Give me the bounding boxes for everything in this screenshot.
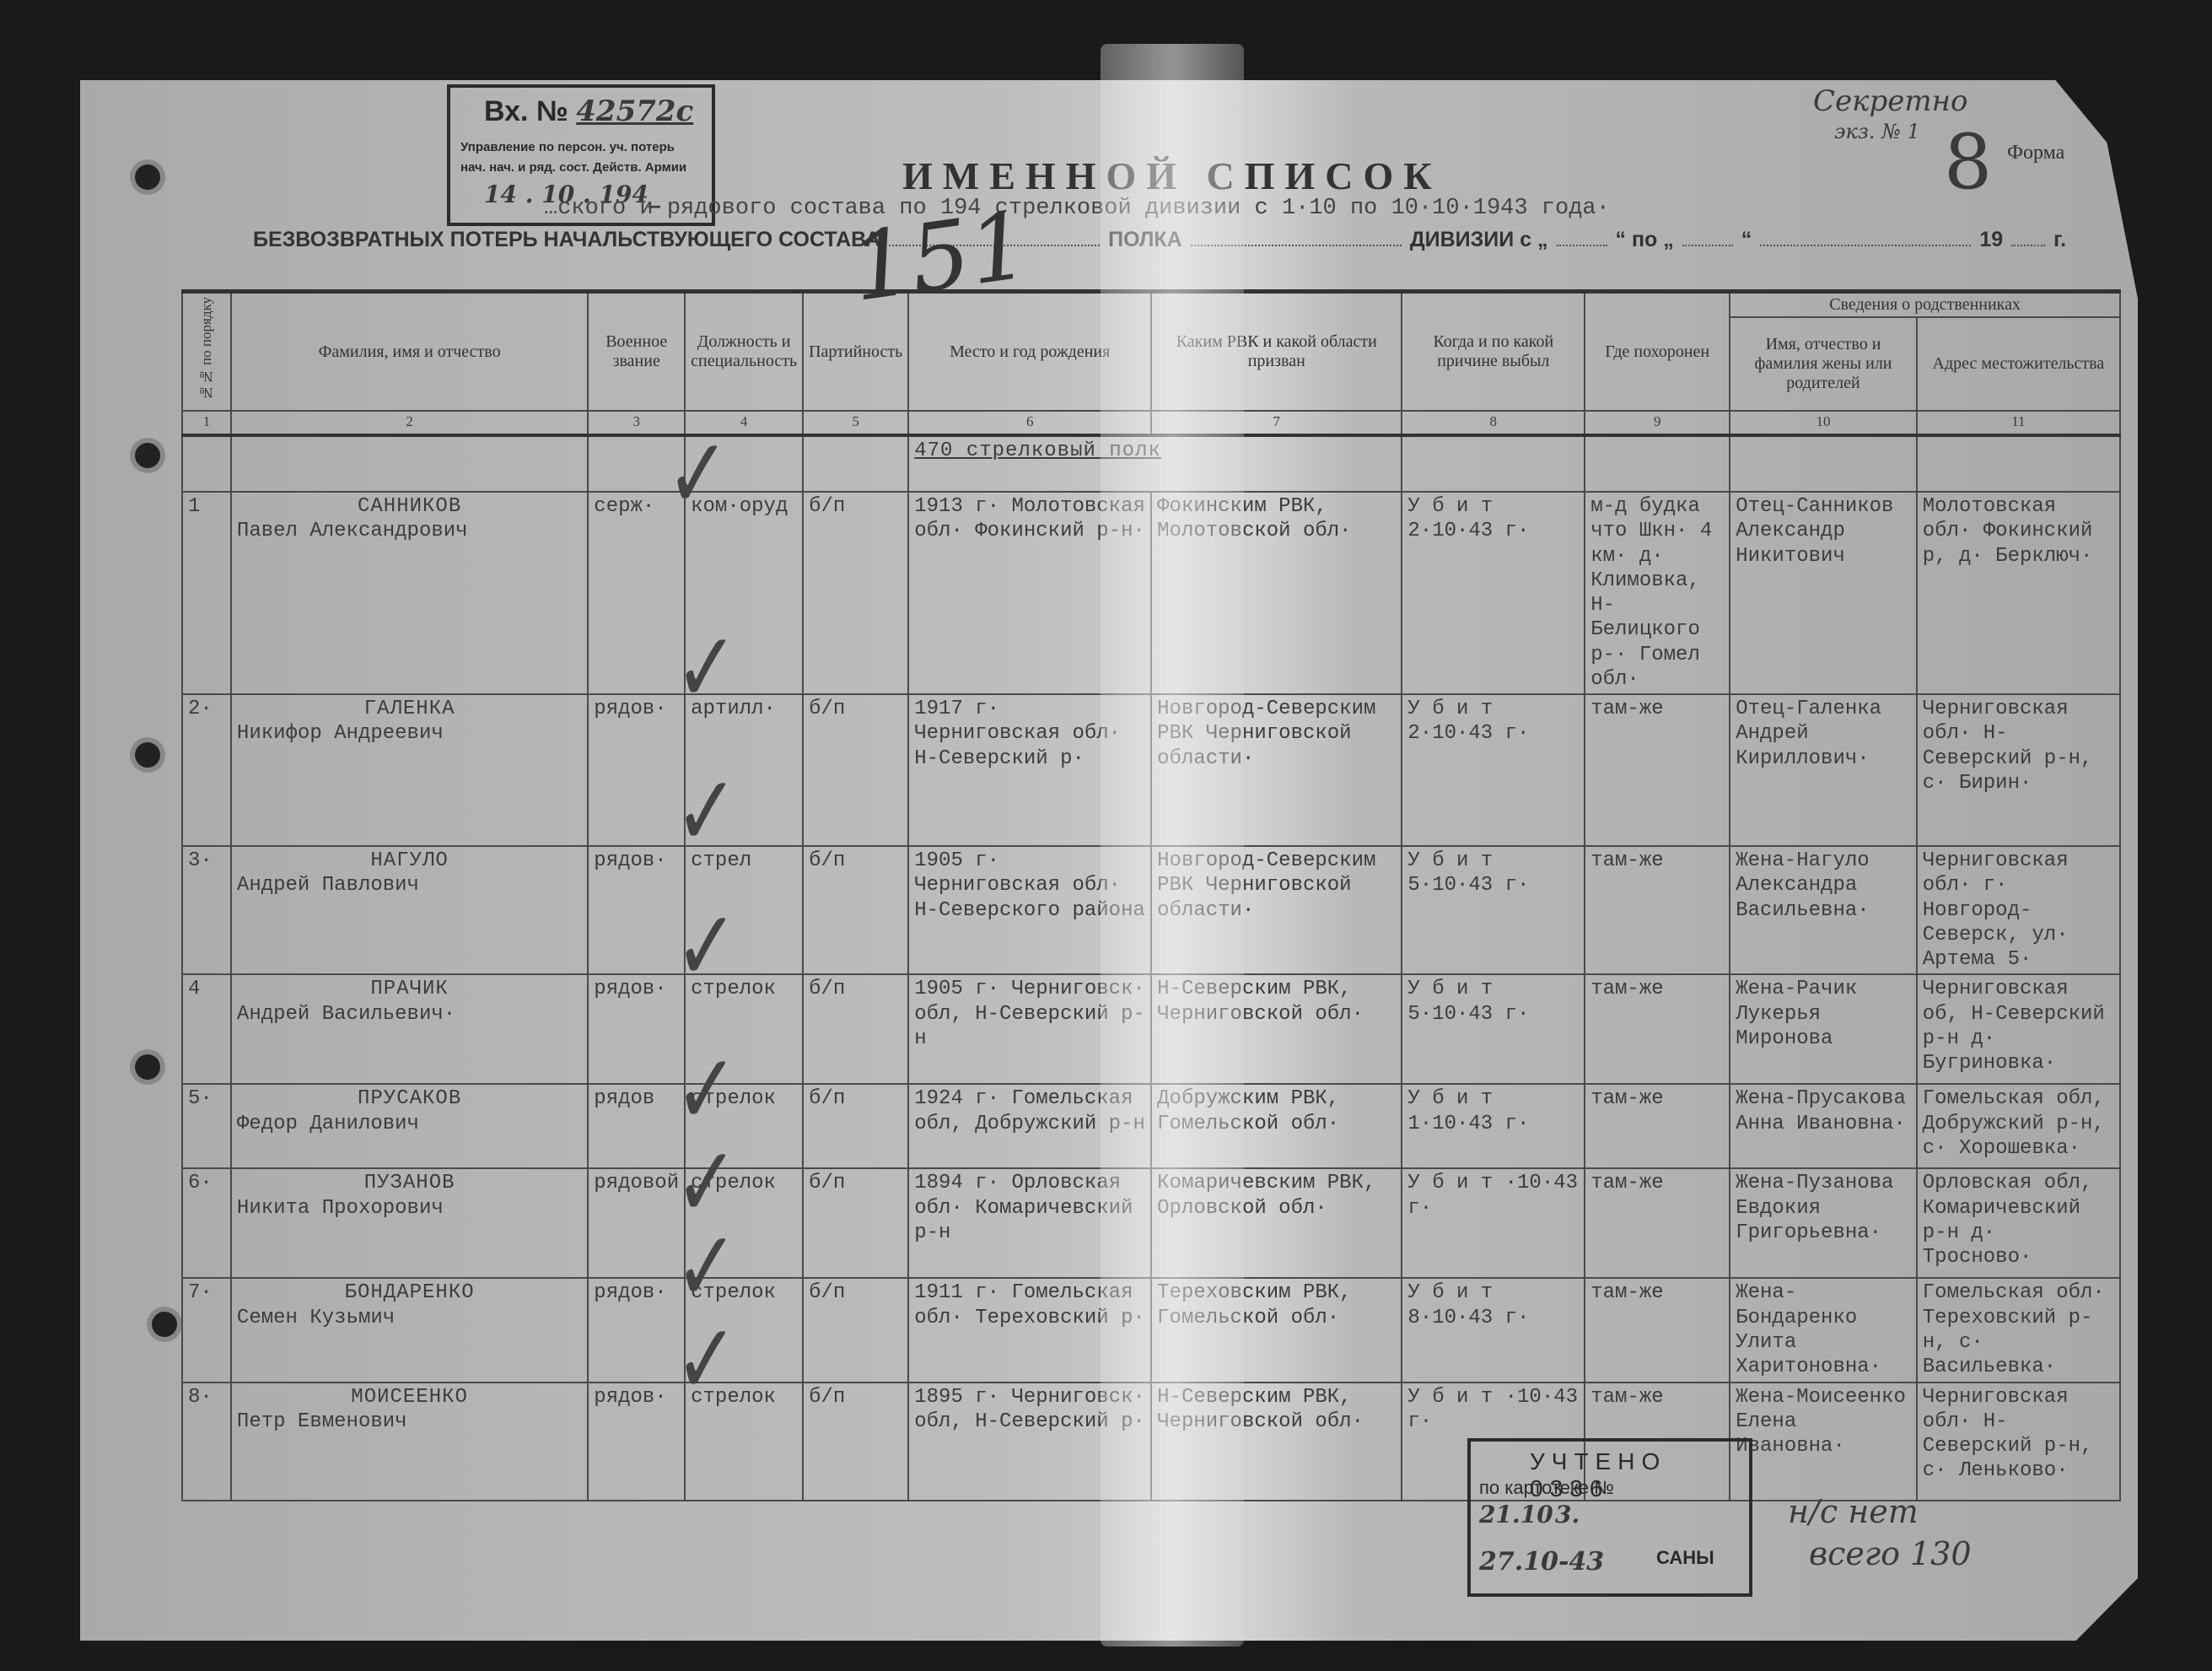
party: б/п <box>803 492 908 694</box>
soldier-name: ПРУСАКОВФедор Данилович <box>231 1084 588 1168</box>
header-when: Когда и по какой причине выбыл <box>1402 292 1585 412</box>
header-buried: Где похоронен <box>1585 292 1730 412</box>
address: Черниговская обл· Н-Северский р-н, с· Ле… <box>1917 1383 2120 1501</box>
header-relatives-group: Сведения о родственниках <box>1730 292 2120 318</box>
party: б/п <box>803 1084 908 1168</box>
incoming-stamp-line1: Управление по персон. уч. потерь <box>460 140 675 154</box>
subtitle-division: ДИВИЗИИ с „ <box>1410 228 1548 252</box>
date-from-blank <box>1557 229 1607 246</box>
relative: Жена-Пузанова Евдокия Григорьевна· <box>1730 1168 1917 1278</box>
burial-place: там-же <box>1585 1278 1730 1382</box>
party: б/п <box>803 1168 908 1278</box>
when-cause: У б и т 5·10·43 г· <box>1402 974 1585 1084</box>
when-cause: У б и т ·10·43 г· <box>1402 1168 1585 1278</box>
copy-note: экз. № 1 <box>1834 120 1920 143</box>
header-rank: Военное звание <box>588 292 685 412</box>
burial-place: там-же <box>1585 1168 1730 1278</box>
address: Орловская обл, Комаричевский р-н д· Трос… <box>1917 1168 2120 1278</box>
party: б/п <box>803 1278 908 1382</box>
when-cause: У б и т 2·10·43 г· <box>1402 492 1585 694</box>
when-cause: У б и т 2·10·43 г· <box>1402 694 1585 846</box>
row-number: 7· <box>182 1278 231 1382</box>
header-party: Партийность <box>803 292 908 412</box>
burial-place: там-же <box>1585 846 1730 974</box>
party: б/п <box>803 846 908 974</box>
subtitle-to: “ по „ <box>1616 228 1674 252</box>
registered-stamp-date: 27.10-43 <box>1479 1547 1604 1577</box>
punch-hole <box>135 164 160 190</box>
rank: рядов· <box>588 974 685 1084</box>
registered-stamp-value1: 21.10 <box>1479 1501 1553 1528</box>
burial-place: там-же <box>1585 974 1730 1084</box>
soldier-name: БОНДАРЕНКОСемен Кузьмич <box>231 1278 588 1382</box>
page-number: 8 <box>1944 118 1992 207</box>
relative: Отец-Галенка Андрей Кириллович· <box>1730 694 1917 846</box>
row-number: 2· <box>182 694 231 846</box>
address: Гомельская обл, Добружский р-н, с· Хорош… <box>1917 1084 2120 1168</box>
address: Молотовская обл· Фокинский р, д· Берключ… <box>1917 492 2120 694</box>
check-mark-icon: ✓ <box>675 754 738 870</box>
party: б/п <box>803 1383 908 1501</box>
party: б/п <box>803 694 908 846</box>
year-blank <box>2011 229 2045 246</box>
relative: Жена-Бондаренко Улита Харитоновна· <box>1730 1278 1917 1382</box>
burial-place: м-д будка что Шкн· 4 км· д· Климовка, Н-… <box>1585 492 1730 694</box>
address: Черниговская обл· Н-Северский р-н, с· Би… <box>1917 694 2120 846</box>
rank: рядовой <box>588 1168 685 1278</box>
incoming-number-label: Вх. № <box>484 95 568 127</box>
subtitle-quote: “ <box>1741 228 1752 252</box>
incoming-stamp-line2: нач. нач. и ряд. сост. Действ. Армии <box>460 160 686 175</box>
rank: рядов· <box>588 1278 685 1382</box>
relative: Жена-Нагуло Александра Васильевна· <box>1730 846 1917 974</box>
soldier-name: ПРАЧИКАндрей Васильевич· <box>231 974 588 1084</box>
burial-place: там-же <box>1585 694 1730 846</box>
address: Черниговская обл· г· Новгород-Северск, у… <box>1917 846 2120 974</box>
header-relative-name: Имя, отчество и фамилия жены или родител… <box>1730 317 1917 411</box>
incoming-number-value: 42572с <box>576 94 693 128</box>
registered-stamp-value2: 3. <box>1555 1501 1580 1528</box>
date-to-blank <box>1682 229 1733 246</box>
rank: рядов· <box>588 1383 685 1501</box>
header-address: Адрес местожительства <box>1917 317 2120 411</box>
row-number: 3· <box>182 846 231 974</box>
secret-note: Секретно <box>1813 84 1967 118</box>
typed-subtitle: …ского и рядового состава по 194 стрелко… <box>544 196 1610 221</box>
address: Гомельская обл· Тереховский р-н, с· Васи… <box>1917 1278 2120 1382</box>
rank: рядов· <box>588 846 685 974</box>
punch-hole <box>152 1312 177 1337</box>
row-number: 6· <box>182 1168 231 1278</box>
registered-stamp-line3: САНЫ <box>1656 1547 1714 1569</box>
header-position: Должность и специальность <box>685 292 803 412</box>
check-mark-icon: ✓ <box>675 889 738 1005</box>
month-blank <box>1760 229 1971 246</box>
burial-place: там-же <box>1585 1084 1730 1168</box>
soldier-name: ГАЛЕНКАНикифор Андреевич <box>231 694 588 846</box>
subtitle-year: 19 <box>1979 228 2003 252</box>
rank: рядов <box>588 1084 685 1168</box>
row-number: 8· <box>182 1383 231 1501</box>
row-number: 1 <box>182 492 231 694</box>
bottom-note-2: всего 130 <box>1809 1535 1972 1572</box>
tape-strip <box>1101 44 1244 1647</box>
party: б/п <box>803 974 908 1084</box>
check-mark-icon: ✓ <box>675 1302 738 1418</box>
soldier-name: САННИКОВПавел Александрович <box>231 492 588 694</box>
registered-stamp: УЧТЕНО 0336 по картотеке № 21.10 3. 27.1… <box>1467 1438 1752 1597</box>
subtitle-year-suffix: г. <box>2053 228 2066 252</box>
address: Черниговская об, Н-Северский р-н д· Бугр… <box>1917 974 2120 1084</box>
soldier-name: НАГУЛОАндрей Павлович <box>231 846 588 974</box>
header-number: №№ по порядку <box>182 292 231 412</box>
punch-hole <box>135 742 160 768</box>
subtitle-losses: БЕЗВОЗВРАТНЫХ ПОТЕРЬ НАЧАЛЬСТВУЮЩЕГО СОС… <box>253 228 880 252</box>
when-cause: У б и т 1·10·43 г· <box>1402 1084 1585 1168</box>
when-cause: У б и т 5·10·43 г· <box>1402 846 1585 974</box>
relative: Жена-Рачик Лукерья Миронова <box>1730 974 1917 1084</box>
relative: Жена-Моисеенко Елена Ивановна· <box>1730 1383 1917 1501</box>
form-label: Форма <box>2007 142 2064 164</box>
punch-hole <box>135 443 160 468</box>
row-number: 5· <box>182 1084 231 1168</box>
relative: Отец-Санников Александр Никитович <box>1730 492 1917 694</box>
soldier-name: МОИСЕЕНКОПетр Евменович <box>231 1383 588 1501</box>
bottom-note-1: н/с нет <box>1788 1493 1919 1530</box>
registered-stamp-line2: по картотеке № <box>1479 1477 1614 1499</box>
relative: Жена-Прусакова Анна Ивановна· <box>1730 1084 1917 1168</box>
check-mark-icon: ✓ <box>666 417 729 532</box>
check-mark-icon: ✓ <box>675 611 738 726</box>
header-name: Фамилия, имя и отчество <box>231 292 588 412</box>
when-cause: У б и т 8·10·43 г· <box>1402 1278 1585 1382</box>
rank: рядов· <box>588 694 685 846</box>
punch-hole <box>135 1054 160 1080</box>
soldier-name: ПУЗАНОВНикита Прохорович <box>231 1168 588 1278</box>
row-number: 4 <box>182 974 231 1084</box>
